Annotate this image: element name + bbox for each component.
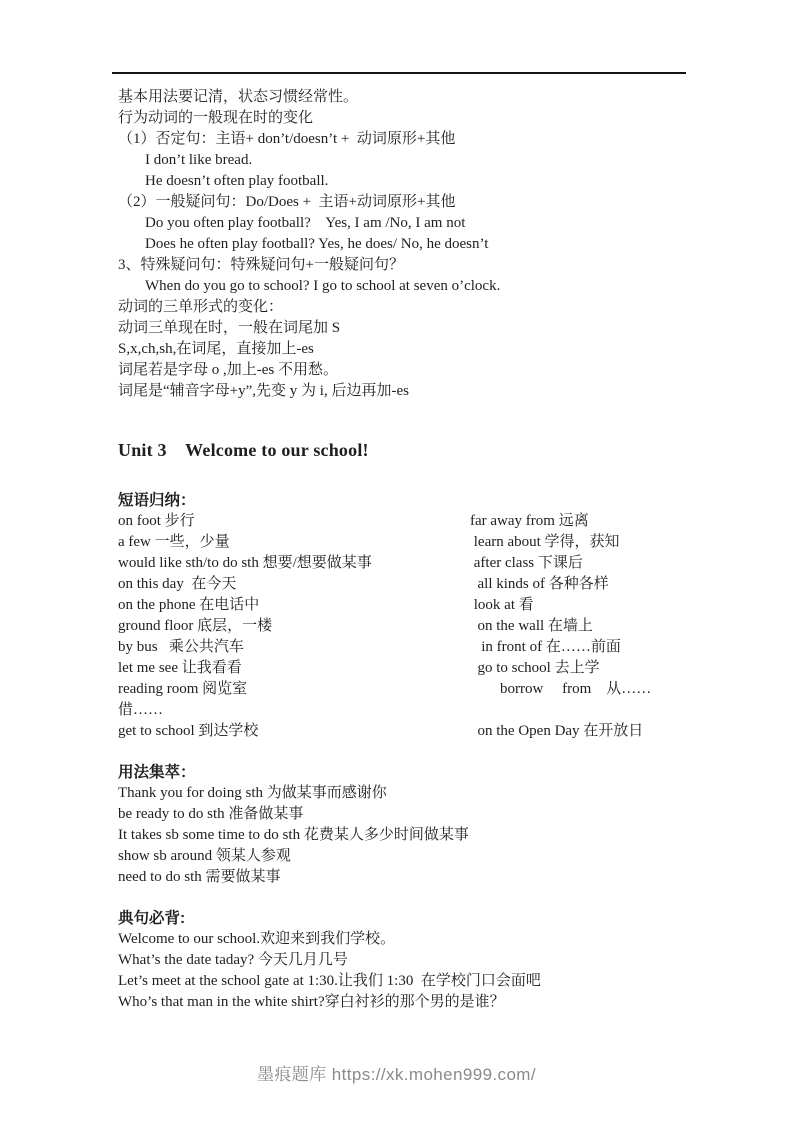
phrase-right: go to school 去上学 bbox=[470, 658, 718, 679]
header-divider-line bbox=[112, 72, 686, 74]
phrase-right: borrow from 从…… bbox=[470, 679, 718, 700]
sentence-line: Welcome to our school.欢迎来到我们学校。 bbox=[118, 929, 718, 950]
phrase-left: on this day 在今天 bbox=[118, 574, 470, 595]
grammar-line: He doesn’t often play football. bbox=[118, 171, 718, 192]
phrases-section: 短语归纳： on foot 步行 far away from 远离 a few … bbox=[118, 490, 718, 742]
phrase-row: let me see 让我看看 go to school 去上学 bbox=[118, 658, 718, 679]
usage-line: be ready to do sth 准备做某事 bbox=[118, 804, 718, 825]
phrase-right: on the Open Day 在开放日 bbox=[470, 721, 718, 742]
phrase-row: ground floor 底层，一楼 on the wall 在墙上 bbox=[118, 616, 718, 637]
sentence-line: What’s the date taday? 今天几月几号 bbox=[118, 950, 718, 971]
page-content: 基本用法要记清，状态习惯经常性。 行为动词的一般现在时的变化 （1）否定句：主语… bbox=[118, 87, 718, 1013]
grammar-line: 词尾若是字母 o ,加上-es 不用愁。 bbox=[118, 360, 718, 381]
usage-line: Thank you for doing sth 为做某事而感谢你 bbox=[118, 783, 718, 804]
phrase-row: would like sth/to do sth 想要/想要做某事 after … bbox=[118, 553, 718, 574]
phrase-row: a few 一些，少量 learn about 学得，获知 bbox=[118, 532, 718, 553]
usage-line: show sb around 领某人参观 bbox=[118, 846, 718, 867]
grammar-line: Does he often play football? Yes, he doe… bbox=[118, 234, 718, 255]
phrase-left: reading room 阅览室 bbox=[118, 679, 470, 700]
grammar-line: 词尾是“辅音字母+y”,先变 y 为 i, 后边再加-es bbox=[118, 381, 718, 402]
phrase-row: reading room 阅览室 borrow from 从…… bbox=[118, 679, 718, 700]
phrase-row: on foot 步行 far away from 远离 bbox=[118, 511, 718, 532]
phrase-right: after class 下课后 bbox=[470, 553, 718, 574]
grammar-line: 3、特殊疑问句：特殊疑问句+一般疑问句？ bbox=[118, 255, 718, 276]
usage-heading: 用法集萃： bbox=[118, 762, 718, 783]
sentences-heading: 典句必背: bbox=[118, 908, 718, 929]
grammar-line: When do you go to school? I go to school… bbox=[118, 276, 718, 297]
sentences-section: 典句必背: Welcome to our school.欢迎来到我们学校。 Wh… bbox=[118, 908, 718, 1013]
usage-section: 用法集萃： Thank you for doing sth 为做某事而感谢你 b… bbox=[118, 762, 718, 888]
phrase-right: all kinds of 各种各样 bbox=[470, 574, 718, 595]
phrase-right: learn about 学得，获知 bbox=[470, 532, 718, 553]
grammar-line: I don’t like bread. bbox=[118, 150, 718, 171]
grammar-line: Do you often play football? Yes, I am /N… bbox=[118, 213, 718, 234]
phrase-left: let me see 让我看看 bbox=[118, 658, 470, 679]
grammar-line: 行为动词的一般现在时的变化 bbox=[118, 108, 718, 129]
phrase-left: a few 一些，少量 bbox=[118, 532, 470, 553]
phrase-right: look at 看 bbox=[470, 595, 718, 616]
grammar-line: 动词三单现在时，一般在词尾加 S bbox=[118, 318, 718, 339]
phrase-row: on the phone 在电话中 look at 看 bbox=[118, 595, 718, 616]
phrase-left: would like sth/to do sth 想要/想要做某事 bbox=[118, 553, 470, 574]
phrase-row: 借…… bbox=[118, 700, 718, 721]
grammar-line: （1）否定句：主语+ don’t/doesn’t + 动词原形+其他 bbox=[118, 129, 718, 150]
grammar-line: 基本用法要记清，状态习惯经常性。 bbox=[118, 87, 718, 108]
phrase-left: ground floor 底层，一楼 bbox=[118, 616, 470, 637]
phrase-row: get to school 到达学校 on the Open Day 在开放日 bbox=[118, 721, 718, 742]
document-page: 基本用法要记清，状态习惯经常性。 行为动词的一般现在时的变化 （1）否定句：主语… bbox=[0, 0, 793, 1122]
usage-line: need to do sth 需要做某事 bbox=[118, 867, 718, 888]
phrase-row: on this day 在今天 all kinds of 各种各样 bbox=[118, 574, 718, 595]
grammar-line: S,x,ch,sh,在词尾，直接加上-es bbox=[118, 339, 718, 360]
phrase-left: on the phone 在电话中 bbox=[118, 595, 470, 616]
phrase-left: on foot 步行 bbox=[118, 511, 470, 532]
grammar-line: （2）一般疑问句：Do/Does + 主语+动词原形+其他 bbox=[118, 192, 718, 213]
sentence-line: Who’s that man in the white shirt?穿白衬衫的那… bbox=[118, 992, 718, 1013]
grammar-line: 动词的三单形式的变化： bbox=[118, 297, 718, 318]
phrase-right bbox=[470, 700, 718, 721]
phrase-left: 借…… bbox=[118, 700, 470, 721]
phrase-row: by bus 乘公共汽车 in front of 在……前面 bbox=[118, 637, 718, 658]
unit-title: Unit 3 Welcome to our school! bbox=[118, 438, 718, 463]
sentence-line: Let’s meet at the school gate at 1:30.让我… bbox=[118, 971, 718, 992]
phrase-left: get to school 到达学校 bbox=[118, 721, 470, 742]
phrase-right: on the wall 在墙上 bbox=[470, 616, 718, 637]
phrases-heading: 短语归纳： bbox=[118, 490, 718, 511]
page-footer: 墨痕题库 https://xk.mohen999.com/ bbox=[0, 1064, 793, 1086]
footer-site-name: 墨痕题库 bbox=[257, 1065, 327, 1084]
footer-url: https://xk.mohen999.com/ bbox=[332, 1065, 536, 1084]
usage-line: It takes sb some time to do sth 花费某人多少时间… bbox=[118, 825, 718, 846]
phrase-right: in front of 在……前面 bbox=[470, 637, 718, 658]
phrase-left: by bus 乘公共汽车 bbox=[118, 637, 470, 658]
grammar-section: 基本用法要记清，状态习惯经常性。 行为动词的一般现在时的变化 （1）否定句：主语… bbox=[118, 87, 718, 402]
phrase-right: far away from 远离 bbox=[470, 511, 718, 532]
